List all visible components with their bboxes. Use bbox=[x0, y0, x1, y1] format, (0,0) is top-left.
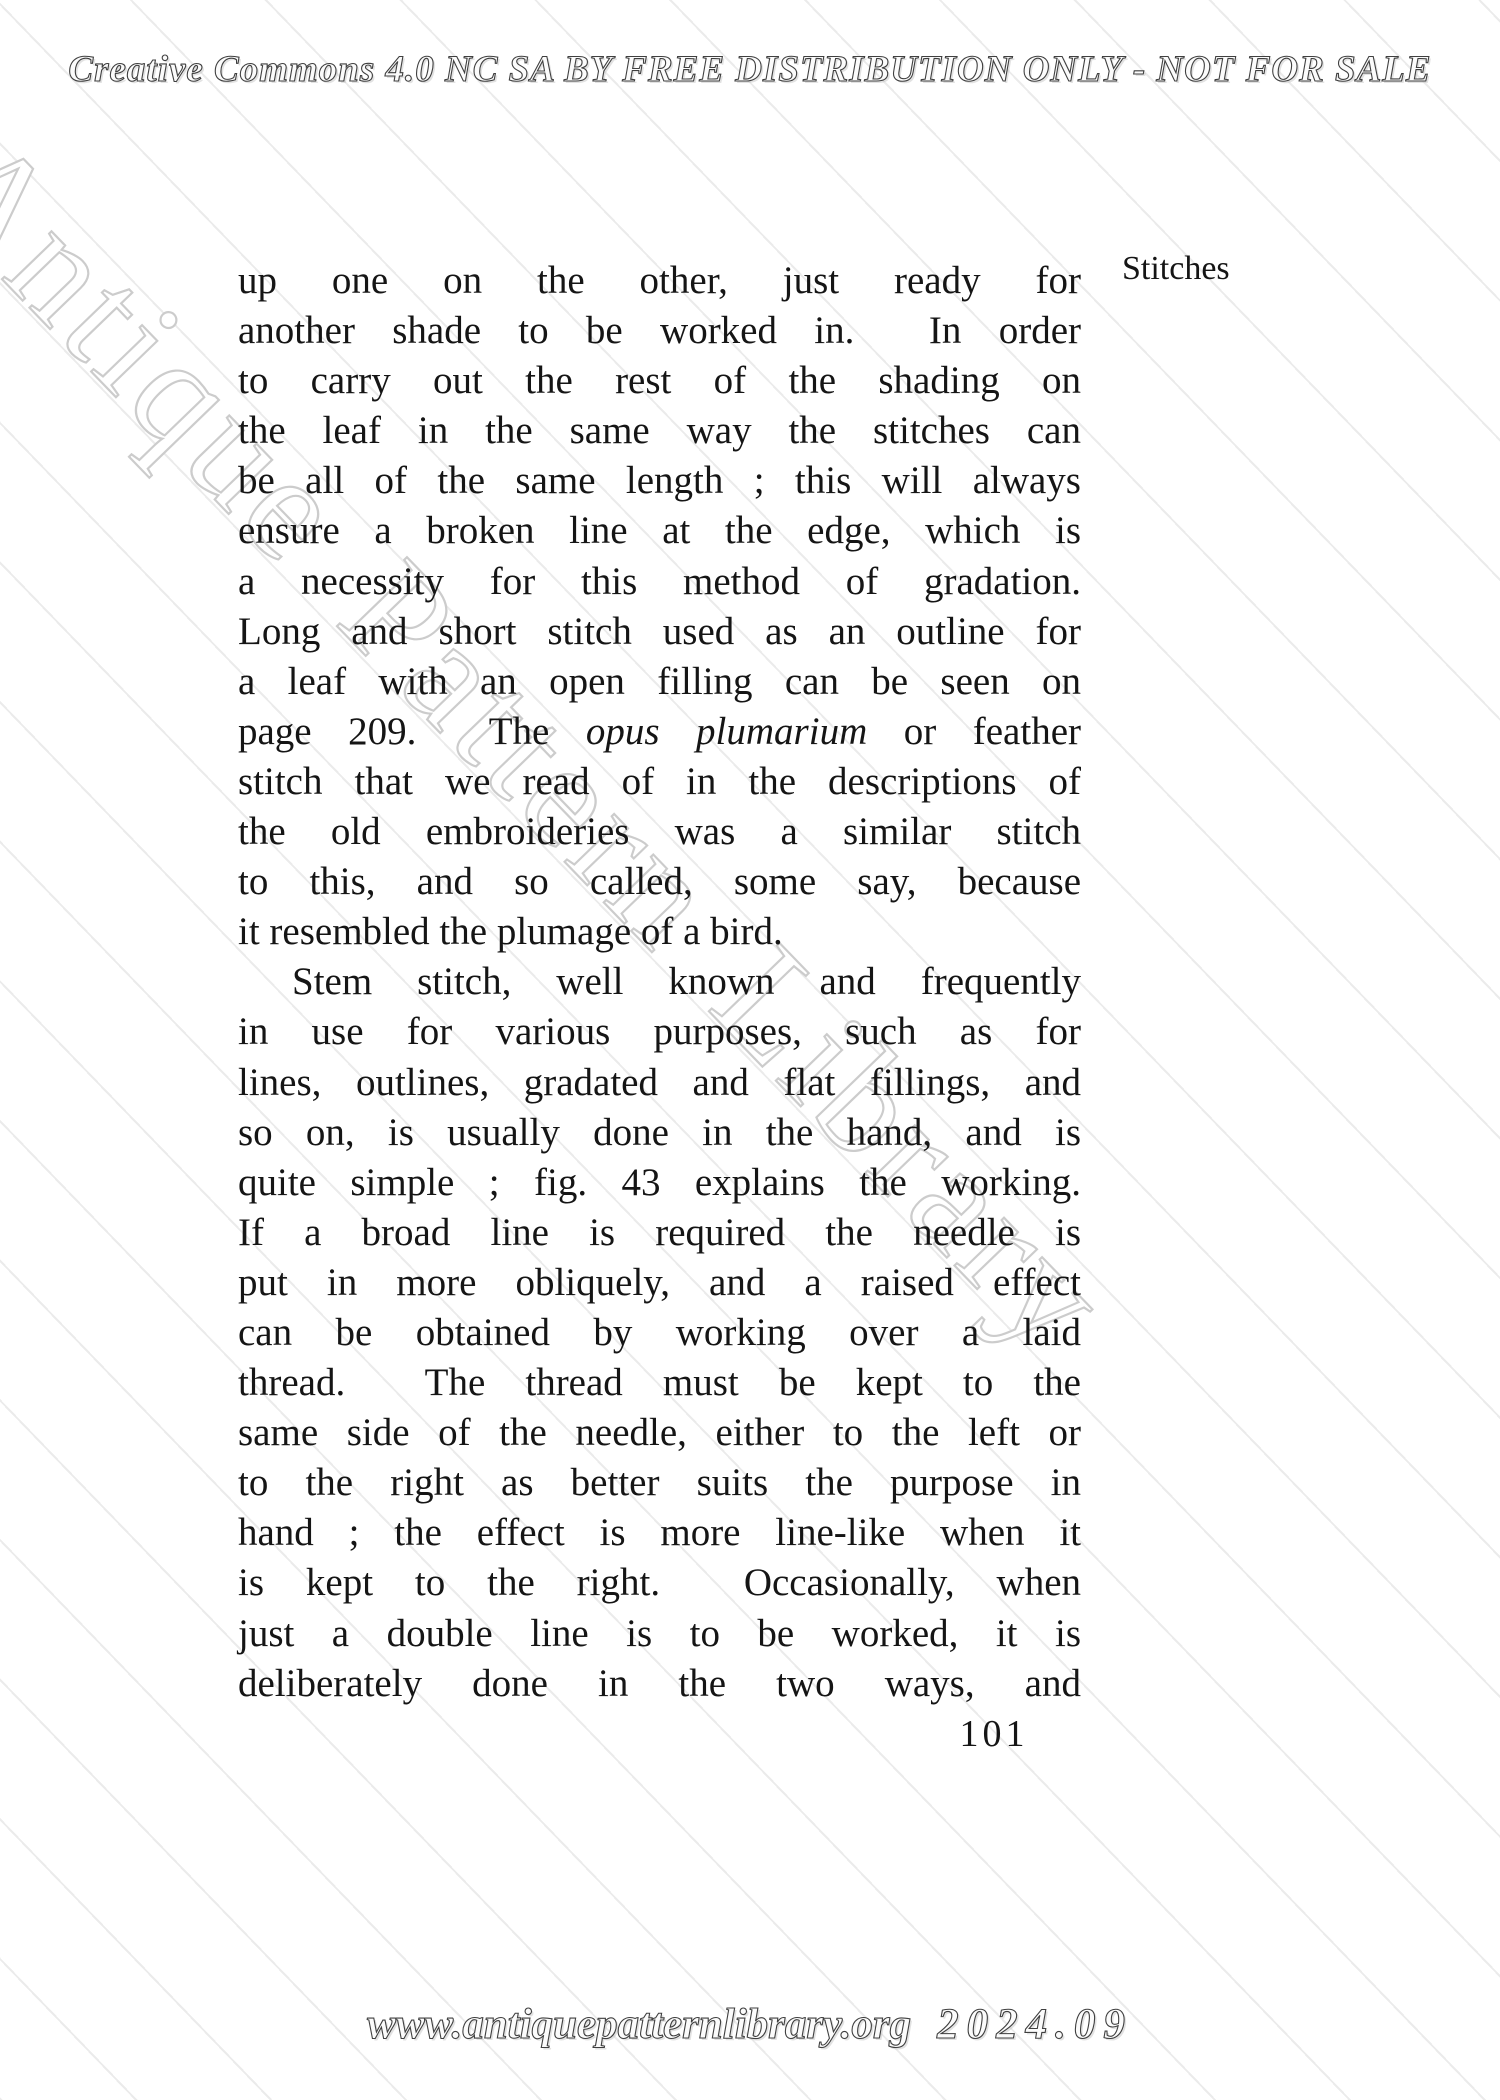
text-line: Stem stitch, well known and frequently bbox=[238, 957, 1081, 1007]
text-line: so on, is usually done in the hand, and … bbox=[238, 1108, 1081, 1158]
text-line: to carry out the rest of the shading on bbox=[238, 356, 1081, 406]
text-line: can be obtained by working over a laid bbox=[238, 1308, 1081, 1358]
text-line: just a double line is to be worked, it i… bbox=[238, 1609, 1081, 1659]
footer: www.antiquepatternlibrary.org2024.09 bbox=[0, 2000, 1500, 2049]
page-text: up one on the other, just ready foranoth… bbox=[238, 256, 1081, 1709]
text-line: thread. The thread must be kept to the bbox=[238, 1358, 1081, 1408]
scanned-book-page: Antique Pattern Library Creative Commons… bbox=[0, 0, 1500, 2100]
text-line: deliberately done in the two ways, and bbox=[238, 1659, 1081, 1709]
text-line: up one on the other, just ready for bbox=[238, 256, 1081, 306]
footer-edition: 2024.09 bbox=[937, 2001, 1133, 2048]
page-number: 101 bbox=[928, 1712, 1060, 1756]
text-line: be all of the same length ; this will al… bbox=[238, 456, 1081, 506]
text-line: is kept to the right. Occasionally, when bbox=[238, 1558, 1081, 1608]
text-line: the old embroideries was a similar stitc… bbox=[238, 807, 1081, 857]
text-line: another shade to be worked in. In order bbox=[238, 306, 1081, 356]
text-line: hand ; the effect is more line-like when… bbox=[238, 1508, 1081, 1558]
text-line: same side of the needle, either to the l… bbox=[238, 1408, 1081, 1458]
text-line: to the right as better suits the purpose… bbox=[238, 1458, 1081, 1508]
text-line: in use for various purposes, such as for bbox=[238, 1007, 1081, 1057]
text-line: Long and short stitch used as an outline… bbox=[238, 607, 1081, 657]
text-line: ensure a broken line at the edge, which … bbox=[238, 506, 1081, 556]
text-line: a necessity for this method of gradation… bbox=[238, 557, 1081, 607]
text-line: page 209. The opus plumarium or feather bbox=[238, 707, 1081, 757]
text-line: it resembled the plumage of a bird. bbox=[238, 907, 1081, 957]
license-header: Creative Commons 4.0 NC SA BY FREE DISTR… bbox=[0, 48, 1500, 91]
margin-note-stitches: Stitches bbox=[1122, 250, 1230, 288]
text-line: to this, and so called, some say, becaus… bbox=[238, 857, 1081, 907]
footer-url: www.antiquepatternlibrary.org bbox=[367, 2001, 911, 2048]
text-line: a leaf with an open filling can be seen … bbox=[238, 657, 1081, 707]
text-line: stitch that we read of in the descriptio… bbox=[238, 757, 1081, 807]
text-line: quite simple ; fig. 43 explains the work… bbox=[238, 1158, 1081, 1208]
text-line: lines, outlines, gradated and flat filli… bbox=[238, 1058, 1081, 1108]
text-line: If a broad line is required the needle i… bbox=[238, 1208, 1081, 1258]
text-line: the leaf in the same way the stitches ca… bbox=[238, 406, 1081, 456]
text-line: put in more obliquely, and a raised effe… bbox=[238, 1258, 1081, 1308]
